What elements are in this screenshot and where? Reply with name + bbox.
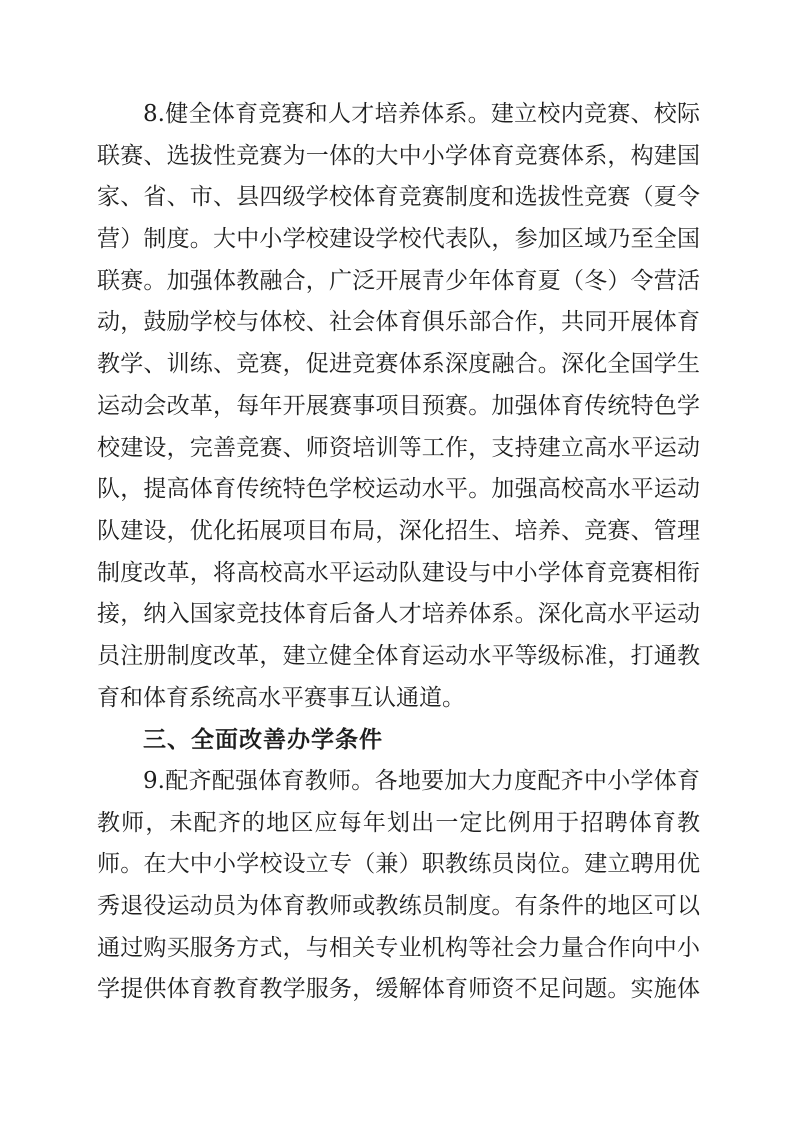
paragraph-8-line-6: 动，鼓励学校与体校、社会体育俱乐部合作，共同开展体育 bbox=[97, 302, 700, 344]
paragraph-8-line-5: 联赛。加强体教融合，广泛开展青少年体育夏（冬）令营活 bbox=[97, 261, 700, 303]
paragraph-8-line-11: 队建设，优化拓展项目布局，深化招生、培养、竞赛、管理 bbox=[97, 511, 700, 553]
paragraph-8-line-4: 营）制度。大中小学校建设学校代表队，参加区域乃至全国 bbox=[97, 219, 700, 261]
paragraph-8-line-14: 员注册制度改革，建立健全体育运动水平等级标准，打通教 bbox=[97, 636, 700, 678]
paragraph-9-line-5: 通过购买服务方式，与相关专业机构等社会力量合作向中小 bbox=[97, 928, 700, 970]
document-page: 8.健全体育竞赛和人才培养体系。建立校内竞赛、校际 联赛、选拔性竞赛为一体的大中… bbox=[0, 0, 793, 1122]
paragraph-8-line-1: 8.健全体育竞赛和人才培养体系。建立校内竞赛、校际 bbox=[97, 94, 700, 136]
paragraph-9-line-1: 9.配齐配强体育教师。各地要加大力度配齐中小学体育 bbox=[97, 761, 700, 803]
paragraph-9-line-4: 秀退役运动员为体育教师或教练员制度。有条件的地区可以 bbox=[97, 886, 700, 928]
section-heading: 三、全面改善办学条件 bbox=[97, 719, 700, 761]
paragraph-9-line-3: 师。在大中小学校设立专（兼）职教练员岗位。建立聘用优 bbox=[97, 844, 700, 886]
paragraph-8-line-2: 联赛、选拔性竞赛为一体的大中小学体育竞赛体系，构建国 bbox=[97, 136, 700, 178]
paragraph-8-line-13: 接，纳入国家竞技体育后备人才培养体系。深化高水平运动 bbox=[97, 594, 700, 636]
paragraph-8-line-8: 运动会改革，每年开展赛事项目预赛。加强体育传统特色学 bbox=[97, 386, 700, 428]
paragraph-8-line-3: 家、省、市、县四级学校体育竞赛制度和选拔性竞赛（夏令 bbox=[97, 177, 700, 219]
paragraph-8-line-9: 校建设，完善竞赛、师资培训等工作，支持建立高水平运动 bbox=[97, 428, 700, 470]
paragraph-8-line-10: 队，提高体育传统特色学校运动水平。加强高校高水平运动 bbox=[97, 469, 700, 511]
paragraph-8-line-15: 育和体育系统高水平赛事互认通道。 bbox=[97, 678, 700, 720]
paragraph-9-line-6: 学提供体育教育教学服务，缓解体育师资不足问题。实施体 bbox=[97, 969, 700, 1011]
paragraph-8-line-12: 制度改革，将高校高水平运动队建设与中小学体育竞赛相衔 bbox=[97, 553, 700, 595]
paragraph-8-line-7: 教学、训练、竞赛，促进竞赛体系深度融合。深化全国学生 bbox=[97, 344, 700, 386]
paragraph-9-line-2: 教师，未配齐的地区应每年划出一定比例用于招聘体育教 bbox=[97, 803, 700, 845]
